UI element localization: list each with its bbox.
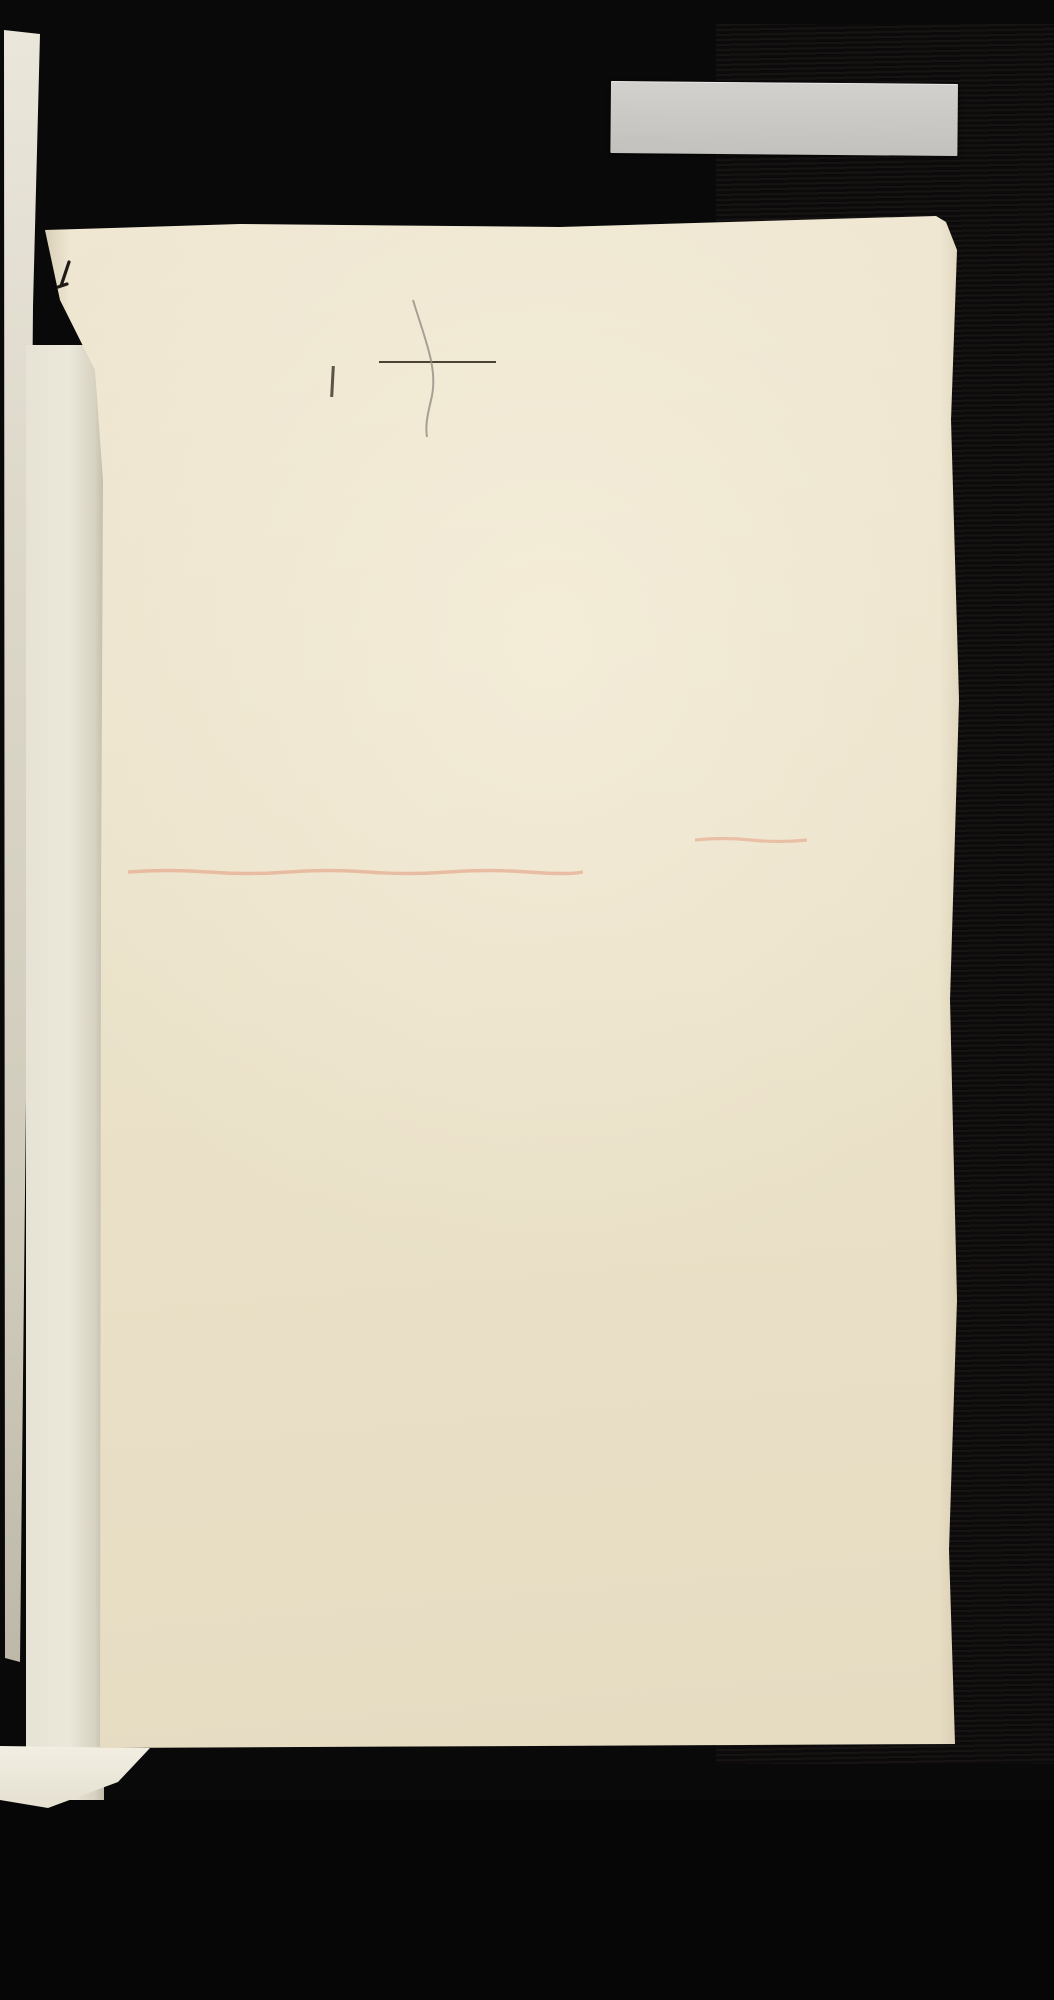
red-crayon-mark [695,836,807,844]
scale-ruler [610,81,958,156]
page-content [0,0,1054,2000]
pencil-stroke [395,295,465,440]
ink-stroke-mark [330,366,335,397]
pen-mark [55,260,75,292]
red-crayon-underline [128,868,583,876]
